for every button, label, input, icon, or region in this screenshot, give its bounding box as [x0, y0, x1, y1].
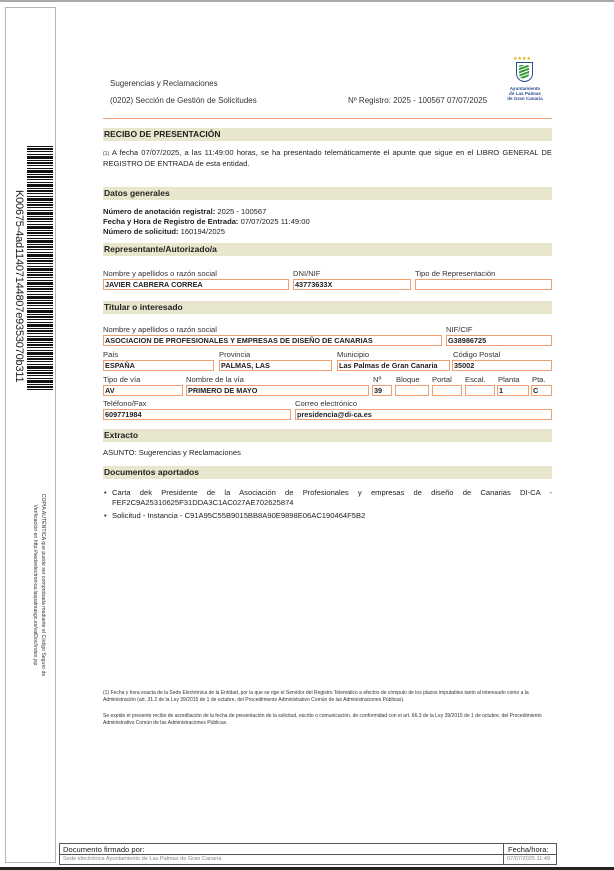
province-field: PALMAS, LAS	[219, 360, 332, 371]
request-number: Número de solicitud: 160194/2025	[103, 227, 225, 237]
entry-datetime: Fecha y Hora de Registro de Entrada: 07/…	[103, 217, 310, 227]
document-item: Carta dek Presidente de la Asociación de…	[103, 488, 552, 508]
rep-type-label: Tipo de Representación	[415, 269, 495, 278]
country-label: País	[103, 350, 118, 359]
palm-shield-icon	[516, 62, 533, 82]
postal-code-label: Código Postal	[453, 350, 500, 359]
floor-field: 1	[497, 385, 529, 396]
holder-nif-field: G38986725	[446, 335, 552, 346]
authentic-copy-line-2: Verificación en http://sedeelectronica.l…	[31, 474, 38, 696]
documents-list: Carta dek Presidente de la Asociación de…	[103, 488, 552, 524]
number-label: Nº	[373, 375, 381, 384]
phone-label: Teléfono/Fax	[103, 399, 146, 408]
portal-field	[432, 385, 462, 396]
section-holder: Titular o interesado	[103, 301, 552, 314]
authentic-copy-line-1: COPIA AUTÉNTICA que puede ser comprobada…	[39, 474, 46, 696]
rep-name-label: Nombre y apellidos o razón social	[103, 269, 217, 278]
rep-id-field: 43773633X	[293, 279, 411, 290]
signed-by-value: Sede electrónica Ayuntamiento de Las Pal…	[63, 856, 221, 862]
city-council-logo: ★★★★ Ayuntamiento de Las Palmas de Gran …	[503, 56, 547, 106]
stair-field	[465, 385, 495, 396]
email-label: Correo electrónico	[295, 399, 357, 408]
section-receipt-title: RECIBO DE PRESENTACIÓN	[103, 128, 552, 141]
stair-label: Escal.	[465, 375, 486, 384]
municipality-label: Municipio	[337, 350, 369, 359]
sign-datetime-label: Fecha/hora:	[508, 845, 549, 854]
door-field: C	[531, 385, 552, 396]
section-name: (0202) Sección de Gestión de Solicitudes	[110, 96, 257, 105]
road-type-label: Tipo de vía	[103, 375, 140, 384]
section-general-data: Datos generales	[103, 187, 552, 200]
block-field	[395, 385, 429, 396]
receipt-text: (1) A fecha 07/07/2025, a las 11:49:00 h…	[103, 148, 552, 169]
top-border	[0, 0, 614, 2]
portal-label: Portal	[432, 375, 452, 384]
holder-nif-label: NIF/CIF	[446, 325, 473, 334]
signed-by-label: Documento firmado por:	[63, 845, 144, 854]
country-field: ESPAÑA	[103, 360, 214, 371]
section-representative: Representante/Autorizado/a	[103, 243, 552, 256]
logo-name: Ayuntamiento de Las Palmas de Gran Canar…	[503, 86, 547, 101]
road-type-field: AV	[103, 385, 183, 396]
barcode	[27, 146, 53, 392]
phone-field: 609771984	[103, 409, 291, 420]
holder-name-label: Nombre y apellidos o razón social	[103, 325, 217, 334]
signature-box: Documento firmado por: Fecha/hora: Sede …	[59, 843, 557, 865]
municipality-field: Las Palmas de Gran Canaria	[337, 360, 450, 371]
document-item: Solicitud - Instancia - C91A95C55B9015BB…	[103, 511, 552, 521]
door-label: Pta.	[532, 375, 546, 384]
email-field: presidencia@di-ca.es	[295, 409, 552, 420]
holder-name-field: ASOCIACION DE PROFESIONALES Y EMPRESAS D…	[103, 335, 442, 346]
footnote-1: (1) Fecha y hora exacta de la Sede Elect…	[103, 690, 552, 703]
road-name-label: Nombre de la vía	[186, 375, 244, 384]
floor-label: Planta	[498, 375, 520, 384]
section-extract: Extracto	[103, 429, 552, 442]
road-name-field: PRIMERO DE MAYO	[186, 385, 369, 396]
subject-text: ASUNTO: Sugerencias y Reclamaciones	[103, 448, 241, 458]
rep-id-label: DNI/NIF	[293, 269, 320, 278]
province-label: Provincia	[219, 350, 250, 359]
annotation-number: Número de anotación registral: 2025 - 10…	[103, 207, 266, 217]
block-label: Bloque	[396, 375, 420, 384]
csv-code: K00675-4ad11407144807e9353070b311	[13, 190, 25, 382]
area-name: Sugerencias y Reclamaciones	[110, 79, 218, 88]
footnote-2: Se expide el presente recibo de acredita…	[103, 713, 552, 726]
number-field: 39	[372, 385, 392, 396]
registry-number: Nº Registro: 2025 - 100567 07/07/2025	[348, 96, 487, 105]
rep-name-field: JAVIER CABRERA CORREA	[103, 279, 289, 290]
postal-code-field: 35002	[452, 360, 552, 371]
side-verification-strip	[5, 7, 56, 863]
header-divider	[103, 118, 552, 119]
section-documents: Documentos aportados	[103, 466, 552, 479]
rep-type-field	[415, 279, 552, 290]
sign-datetime-value: 07/07/2025 11:49	[507, 856, 550, 862]
